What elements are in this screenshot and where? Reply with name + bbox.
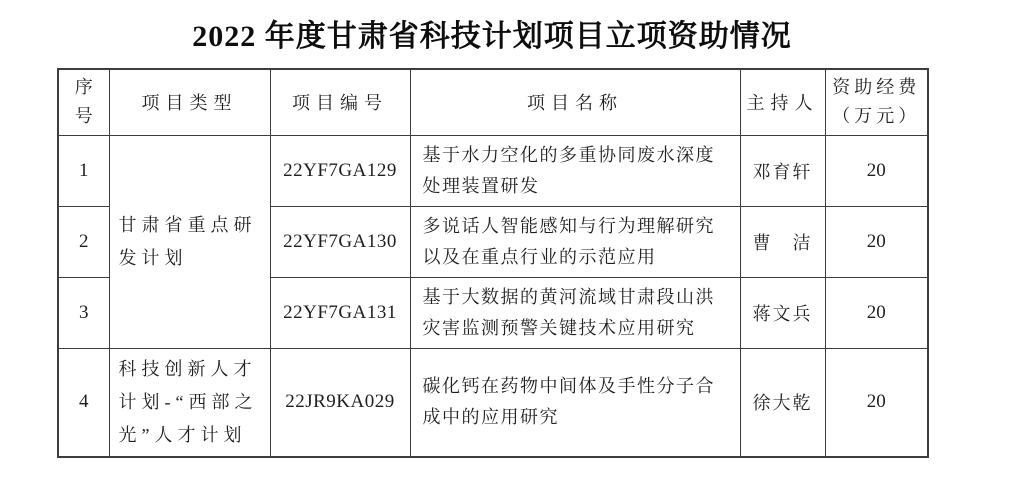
cell-code-4: 22JR9KA029 xyxy=(270,348,410,457)
cell-seq-3: 3 xyxy=(58,277,109,348)
col-header-name: 项目名称 xyxy=(410,69,740,135)
col-header-funding: 资助经费 （万元） xyxy=(825,69,928,135)
col-header-seq-line1: 序 xyxy=(65,73,103,102)
cell-code-3: 22YF7GA131 xyxy=(270,277,410,348)
page-title: 2022 年度甘肃省科技计划项目立项资助情况 xyxy=(57,18,927,56)
cell-seq-2: 2 xyxy=(58,206,109,277)
table-row: 1 甘肃省重点研发计划 22YF7GA129 基于水力空化的多重协同废水深度处理… xyxy=(58,135,928,206)
col-header-funding-line1: 资助经费 xyxy=(832,73,922,102)
cell-code-2: 22YF7GA130 xyxy=(270,206,410,277)
cell-funding-2: 20 xyxy=(825,206,928,277)
funding-table: 序 号 项目类型 项目编号 项目名称 主持人 资助经费 （万元） 1 甘肃省重点… xyxy=(57,68,929,458)
table-header-row: 序 号 项目类型 项目编号 项目名称 主持人 资助经费 （万元） xyxy=(58,69,928,135)
cell-name-1: 基于水力空化的多重协同废水深度处理装置研发 xyxy=(410,135,740,206)
cell-leader-1: 邓育轩 xyxy=(740,135,825,206)
cell-name-2: 多说话人智能感知与行为理解研究以及在重点行业的示范应用 xyxy=(410,206,740,277)
col-header-leader: 主持人 xyxy=(740,69,825,135)
cell-seq-4: 4 xyxy=(58,348,109,457)
col-header-funding-line2: （万元） xyxy=(832,102,922,131)
col-header-code: 项目编号 xyxy=(270,69,410,135)
cell-seq-1: 1 xyxy=(58,135,109,206)
cell-leader-3: 蒋文兵 xyxy=(740,277,825,348)
col-header-seq-line2: 号 xyxy=(65,102,103,131)
cell-name-3: 基于大数据的黄河流域甘肃段山洪灾害监测预警关键技术应用研究 xyxy=(410,277,740,348)
document-page: 2022 年度甘肃省科技计划项目立项资助情况 序 号 项目类型 项目编号 项目名… xyxy=(0,0,1024,478)
cell-name-4: 碳化钙在药物中间体及手性分子合成中的应用研究 xyxy=(410,348,740,457)
cell-leader-2: 曹 洁 xyxy=(740,206,825,277)
cell-type-merged-rows-1-3: 甘肃省重点研发计划 xyxy=(109,135,270,348)
cell-funding-3: 20 xyxy=(825,277,928,348)
col-header-type: 项目类型 xyxy=(109,69,270,135)
table-row: 4 科技创新人才计划-“西部之光”人才计划 22JR9KA029 碳化钙在药物中… xyxy=(58,348,928,457)
col-header-seq: 序 号 xyxy=(58,69,109,135)
cell-code-1: 22YF7GA129 xyxy=(270,135,410,206)
cell-funding-4: 20 xyxy=(825,348,928,457)
cell-type-4: 科技创新人才计划-“西部之光”人才计划 xyxy=(109,348,270,457)
cell-leader-4: 徐大乾 xyxy=(740,348,825,457)
cell-funding-1: 20 xyxy=(825,135,928,206)
